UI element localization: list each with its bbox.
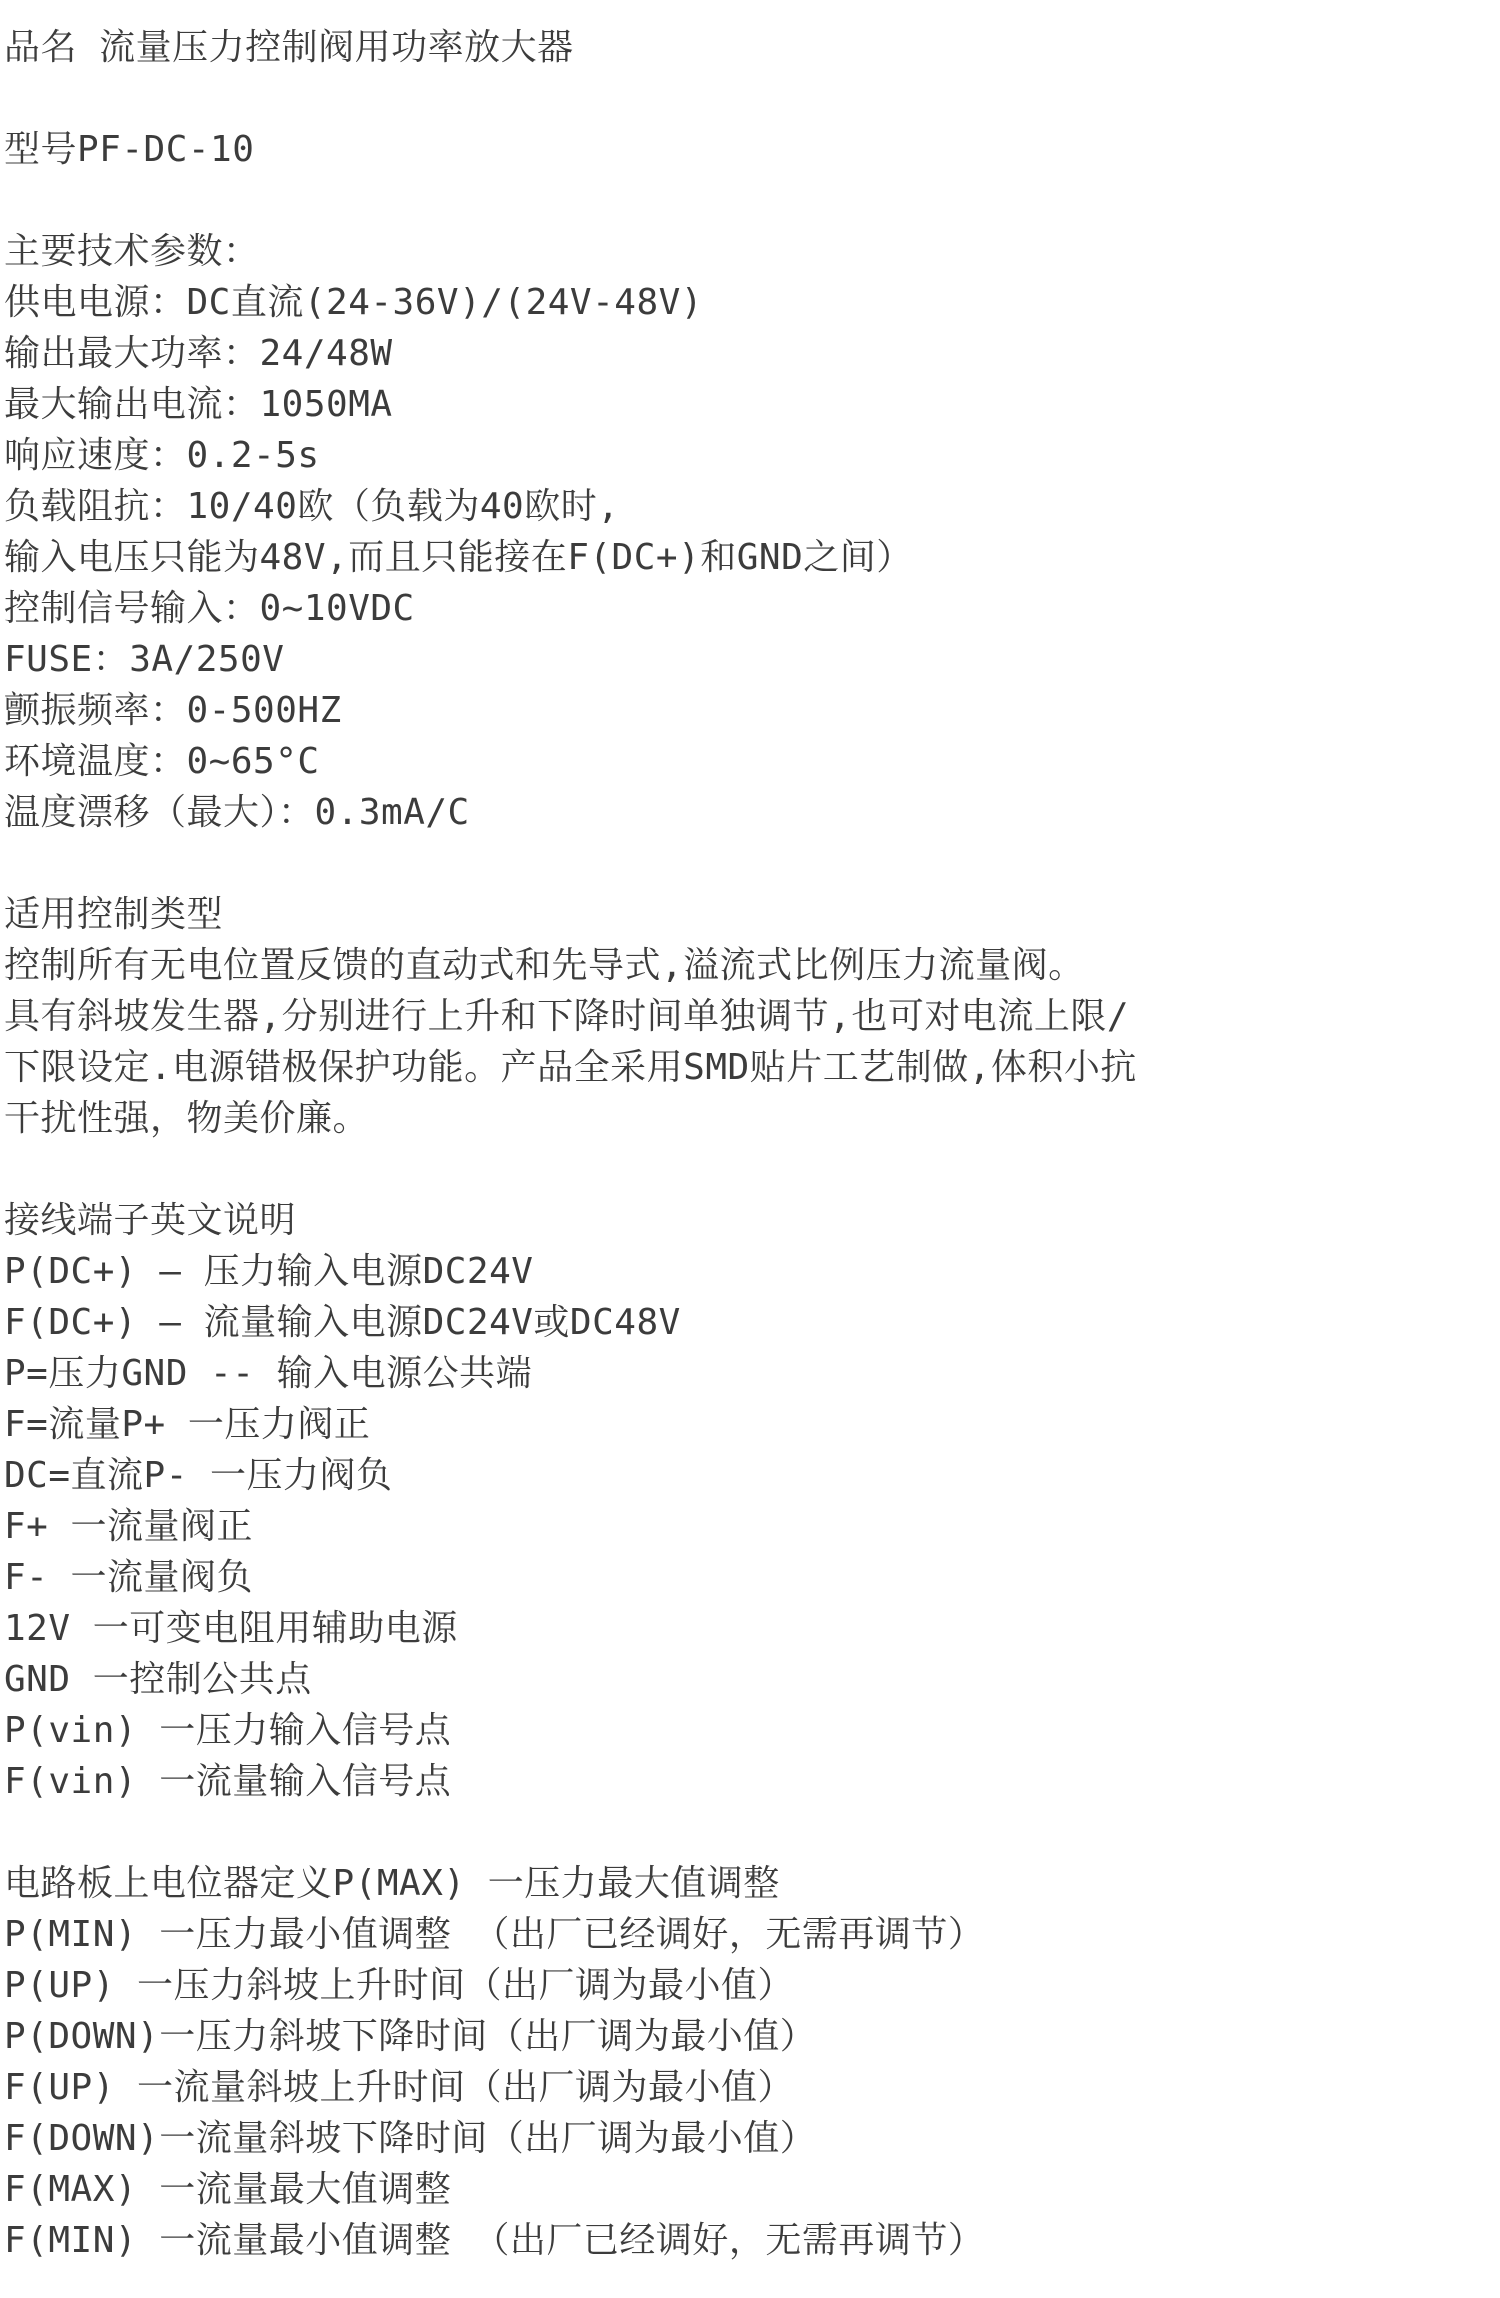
tech-param-line: 环境温度：0~65°C [4,736,1488,787]
tech-param-line: 供电电源：DC直流(24-36V)/(24V-48V) [4,277,1488,328]
product-name: 品名 流量压力控制阀用功率放大器 [4,22,1488,73]
blank-line [4,73,1488,124]
blank-line [4,838,1488,889]
description-line: 控制所有无电位置反馈的直动式和先导式,溢流式比例压力流量阀。 [4,940,1488,991]
tech-params-section: 主要技术参数： 供电电源：DC直流(24-36V)/(24V-48V) 输出最大… [4,226,1488,838]
terminal-line: P(vin) 一压力输入信号点 [4,1705,1488,1756]
potentiometer-line: F(DOWN)一流量斜坡下降时间（出厂调为最小值） [4,2113,1488,2164]
blank-line [4,1144,1488,1195]
terminal-line: 12V 一可变电阻用辅助电源 [4,1603,1488,1654]
terminal-line: F(DC+) — 流量输入电源DC24V或DC48V [4,1297,1488,1348]
tech-param-line: 温度漂移（最大）：0.3mA/C [4,787,1488,838]
tech-param-line: FUSE：3A/250V [4,634,1488,685]
terminal-line: F=流量P+ 一压力阀正 [4,1399,1488,1450]
potentiometer-line: P(UP) 一压力斜坡上升时间（出厂调为最小值） [4,1960,1488,2011]
blank-line [4,175,1488,226]
description-line: 干扰性强，物美价廉。 [4,1093,1488,1144]
terminals-heading: 接线端子英文说明 [4,1195,1488,1246]
terminals-section: 接线端子英文说明 P(DC+) — 压力输入电源DC24V F(DC+) — 流… [4,1195,1488,1807]
description-line: 下限设定.电源错极保护功能。产品全采用SMD贴片工艺制做,体积小抗 [4,1042,1488,1093]
potentiometer-line: P(DOWN)一压力斜坡下降时间（出厂调为最小值） [4,2011,1488,2062]
tech-param-line: 输出最大功率：24/48W [4,328,1488,379]
potentiometer-line: 电路板上电位器定义P(MAX) 一压力最大值调整 [4,1858,1488,1909]
potentiometer-line: F(MAX) 一流量最大值调整 [4,2164,1488,2215]
potentiometer-line: P(MIN) 一压力最小值调整 （出厂已经调好，无需再调节） [4,1909,1488,1960]
blank-line [4,1807,1488,1858]
terminal-line: F(vin) 一流量输入信号点 [4,1756,1488,1807]
terminal-line: F- 一流量阀负 [4,1552,1488,1603]
control-types-section: 适用控制类型 控制所有无电位置反馈的直动式和先导式,溢流式比例压力流量阀。 具有… [4,889,1488,1144]
tech-param-line: 颤振频率：0-500HZ [4,685,1488,736]
terminal-line: F+ 一流量阀正 [4,1501,1488,1552]
tech-param-line: 响应速度：0.2-5s [4,430,1488,481]
potentiometer-line: F(UP) 一流量斜坡上升时间（出厂调为最小值） [4,2062,1488,2113]
potentiometer-line: F(MIN) 一流量最小值调整 （出厂已经调好，无需再调节） [4,2215,1488,2266]
tech-params-heading: 主要技术参数： [4,226,1488,277]
model-number: 型号PF-DC-10 [4,124,1488,175]
tech-param-line: 输入电压只能为48V,而且只能接在F(DC+)和GND之间） [4,532,1488,583]
terminal-line: P=压力GND -- 输入电源公共端 [4,1348,1488,1399]
description-line: 具有斜坡发生器,分别进行上升和下降时间单独调节,也可对电流上限/ [4,991,1488,1042]
document-body: 品名 流量压力控制阀用功率放大器 型号PF-DC-10 主要技术参数： 供电电源… [0,0,1500,2266]
terminal-line: GND 一控制公共点 [4,1654,1488,1705]
potentiometers-section: 电路板上电位器定义P(MAX) 一压力最大值调整 P(MIN) 一压力最小值调整… [4,1858,1488,2266]
terminal-line: DC=直流P- 一压力阀负 [4,1450,1488,1501]
terminal-line: P(DC+) — 压力输入电源DC24V [4,1246,1488,1297]
tech-param-line: 控制信号输入：0~10VDC [4,583,1488,634]
control-types-heading: 适用控制类型 [4,889,1488,940]
tech-param-line: 负载阻抗：10/40欧（负载为40欧时, [4,481,1488,532]
tech-param-line: 最大输出电流：1050MA [4,379,1488,430]
